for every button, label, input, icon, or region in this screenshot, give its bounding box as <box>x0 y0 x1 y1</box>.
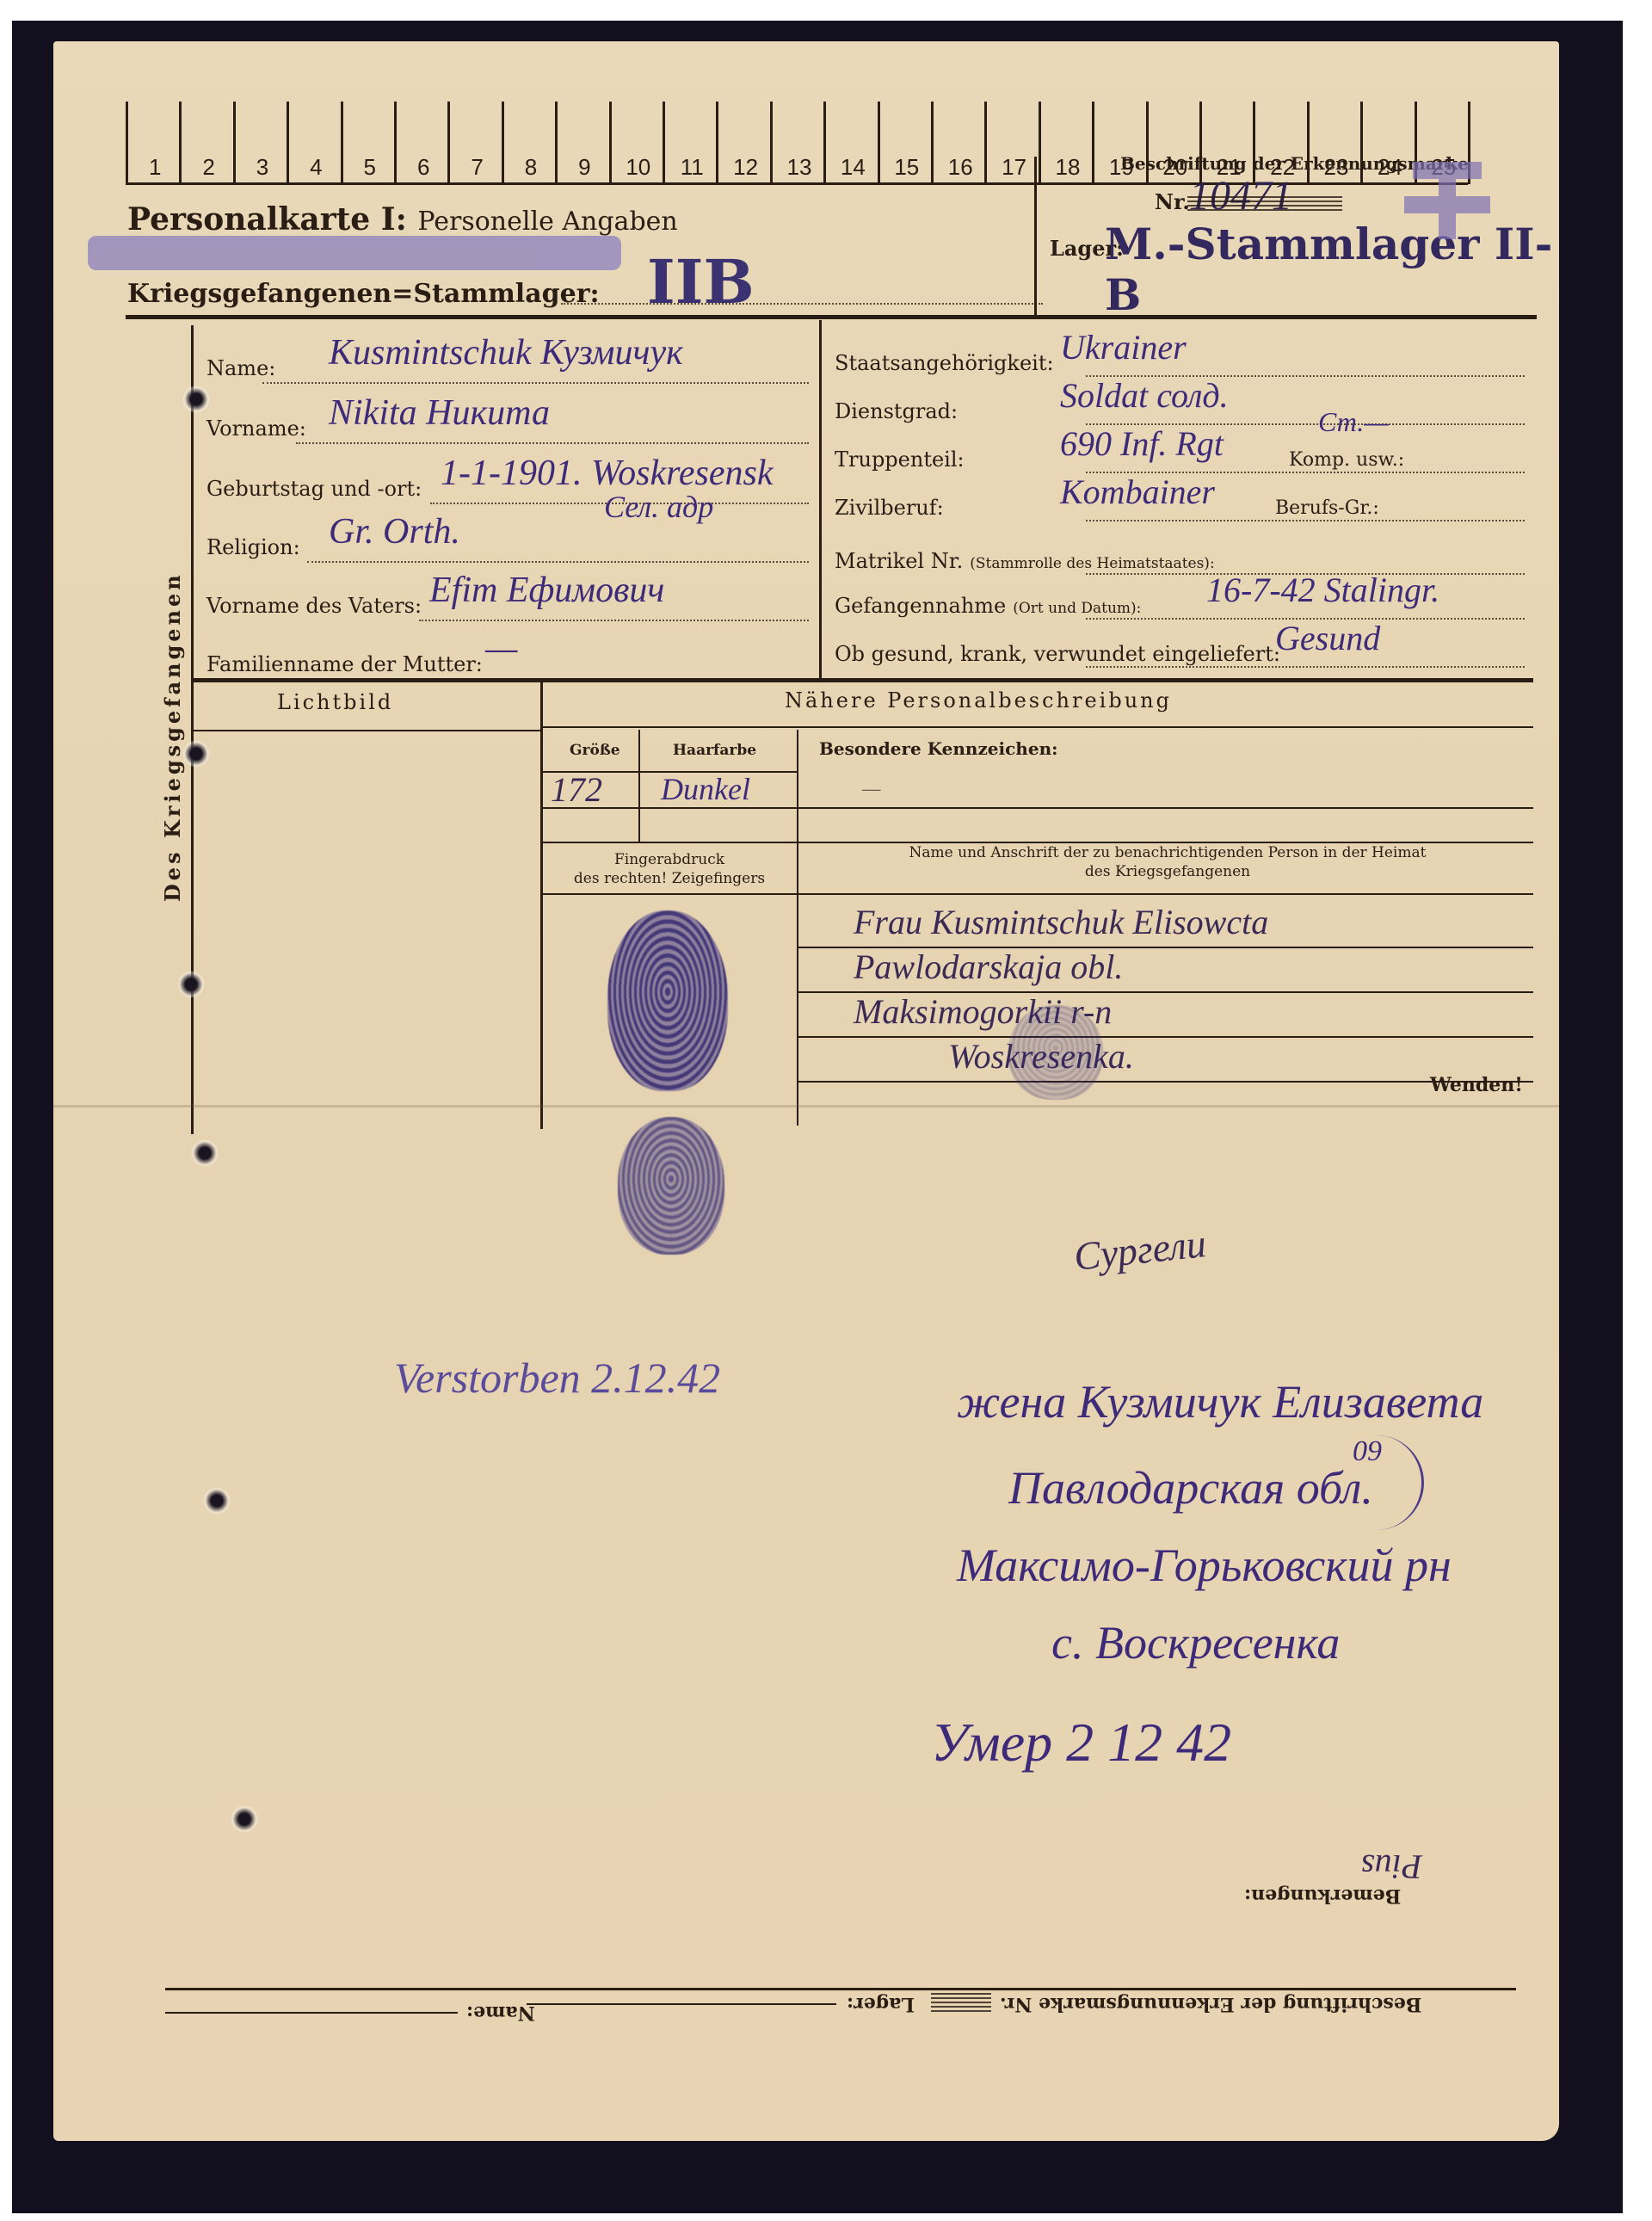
ruler-number: 4 <box>289 154 342 181</box>
turn-over-note: Wenden! <box>1430 1074 1523 1096</box>
ruler-number: 18 <box>1041 154 1094 181</box>
field-value: — <box>485 628 517 669</box>
field-value: Gesund <box>1275 618 1380 658</box>
ruler-number: 6 <box>397 154 450 181</box>
address-line: Максимо-Горьковский рн <box>957 1539 1452 1592</box>
field-label: Gefangennahme(Ort und Datum): <box>835 594 1141 618</box>
field-value: Soldat солд. <box>1060 375 1229 416</box>
header-rule <box>126 315 1537 319</box>
ruler-cell: 13 <box>770 102 826 184</box>
fingerprint-icon <box>607 910 728 1091</box>
ruler-cell: 4 <box>287 102 342 184</box>
ruler-number: 3 <box>236 154 289 181</box>
field-label: Vorname des Vaters: <box>206 594 422 618</box>
ruler-cell: 6 <box>394 102 450 184</box>
address-line: Павлодарская обл. <box>1008 1461 1373 1515</box>
address-line: с. Воскресенка <box>1051 1616 1340 1669</box>
contact-line: Frau Kusmintschuk Elisowcta <box>854 902 1268 942</box>
table-divider <box>638 730 640 842</box>
ruler-cell: 16 <box>931 102 987 184</box>
punch-hole-icon <box>203 1487 231 1515</box>
field-value: Kombainer <box>1060 472 1215 512</box>
footer-lager-line <box>527 2003 836 2005</box>
field-label: Matrikel Nr.(Stammrolle des Heimatstaate… <box>835 549 1215 573</box>
remarks-label: Bemerkungen: <box>1244 1885 1401 1907</box>
table-divider-2 <box>797 730 798 1126</box>
field-value: Efim Ефимович <box>429 570 664 611</box>
field-dotted-line <box>1086 520 1525 521</box>
field-label: Truppenteil: <box>835 447 965 472</box>
ruler-number: 14 <box>826 154 879 181</box>
field-extra-label: Berufs-Gr.: <box>1275 497 1379 519</box>
punch-hole-icon <box>231 1805 258 1833</box>
camp-label: Kriegsgefangenen=Stammlager: <box>127 279 600 309</box>
ruler-number: 8 <box>504 154 558 181</box>
ruler-cell: 15 <box>878 102 934 184</box>
hair-value: Dunkel <box>661 771 750 807</box>
header-divider <box>1034 157 1037 317</box>
field-label: Staatsangehörigkeit: <box>835 351 1054 375</box>
field-dotted-line <box>296 442 809 444</box>
fingerprint-label: Fingerabdruck des rechten! Zeigefingers <box>542 850 797 888</box>
personnel-card: 1234567891011121314151617181920212223242… <box>53 41 1559 2141</box>
field-value: 16-7-42 Stalingr. <box>1206 570 1439 610</box>
field-value-secondary: Сел. адр <box>604 489 713 525</box>
field-label-text: Zivilberuf: <box>835 496 944 520</box>
photo-label: Lichtbild <box>277 690 393 714</box>
field-label: Vorname: <box>206 416 306 441</box>
death-note: Умер 2 12 42 <box>931 1711 1231 1774</box>
field-value: Nikita Никита <box>329 392 550 434</box>
field-label: Familienname der Mutter: <box>206 652 483 676</box>
field-dotted-line <box>262 382 809 384</box>
field-label-text: Dienstgrad: <box>835 399 958 423</box>
fingerprint-smudge-icon <box>618 1117 724 1255</box>
signature-top: Сургели <box>1072 1220 1208 1280</box>
ruler-cell: 18 <box>1039 102 1094 184</box>
camp-dotted-line <box>561 303 1043 305</box>
ruler-cell: 8 <box>502 102 558 184</box>
contact-line: Pawlodarskaja obl. <box>854 947 1123 987</box>
ruler-cell: 5 <box>341 102 397 184</box>
field-extra-value: Ст.— <box>1318 406 1389 438</box>
punch-hole-icon <box>182 386 210 413</box>
ruler-cell: 9 <box>555 102 611 184</box>
field-label-text: Truppenteil: <box>835 447 965 472</box>
field-label: Religion: <box>206 535 300 559</box>
ruler-number: 17 <box>987 154 1040 181</box>
eagle-stamp-icon <box>1396 145 1499 256</box>
ruler-cell: 12 <box>716 102 772 184</box>
contact-label-2: des Kriegsgefangenen <box>802 862 1533 881</box>
field-value: Kusmintschuk Кузмичук <box>329 332 683 373</box>
field-label-text: Staatsangehörigkeit: <box>835 351 1054 375</box>
fingerprint-ghost-icon <box>1008 1005 1103 1100</box>
ruler-number: 10 <box>612 154 665 181</box>
ruler-cell: 1 <box>126 102 182 184</box>
contact-label-1: Name und Anschrift der zu benachrichtige… <box>802 843 1533 862</box>
ruler-number: 16 <box>934 154 987 181</box>
footer-signature: Pius <box>1361 1847 1422 1887</box>
field-dotted-line <box>419 620 809 621</box>
ruler-number: 12 <box>718 154 772 181</box>
verstorben-note: Verstorben 2.12.42 <box>394 1353 720 1403</box>
photo-rule <box>191 730 542 731</box>
footer-tag-label: Beschriftung der Erkennungsmarke Nr. <box>1000 1993 1421 2015</box>
tag-nr-label: Nr. <box>1155 189 1190 214</box>
field-label: Zivilberuf: <box>835 496 944 520</box>
footer-lager-label: Lager: <box>847 1993 915 2015</box>
marks-label: Besondere Kennzeichen: <box>819 738 1058 759</box>
field-label-text: Ob gesund, krank, verwundet eingeliefert… <box>835 642 1280 666</box>
field-value: 690 Inf. Rgt <box>1060 423 1224 464</box>
contact-label: Name und Anschrift der zu benachrichtige… <box>802 843 1533 881</box>
ruler-cell: 14 <box>823 102 879 184</box>
circled-note: 09 <box>1353 1435 1424 1530</box>
height-value: 172 <box>551 769 602 810</box>
ruler-number: 2 <box>182 154 235 181</box>
ruler-number: 5 <box>343 154 397 181</box>
ruler-number: 1 <box>128 154 182 181</box>
ruler-cell: 17 <box>984 102 1040 184</box>
card-title: Personalkarte I: Personelle Angaben <box>127 201 678 238</box>
ruler-number: 15 <box>880 154 934 181</box>
ruler-cell: 7 <box>447 102 503 184</box>
ruler-cell: 11 <box>663 102 718 184</box>
field-value: 1-1-1901. Woskresensk <box>441 453 774 494</box>
ruler-number: 11 <box>665 154 718 181</box>
field-dotted-line <box>1086 666 1525 668</box>
field-label-text: Gefangennahme <box>835 594 1006 618</box>
punch-hole-icon <box>191 1139 219 1167</box>
redacted-camp-stamp: Stalag II B Hammerstein <box>88 236 621 270</box>
field-extra-label: Komp. usw.: <box>1289 449 1404 471</box>
ruler-cell: 3 <box>233 102 289 184</box>
ruler-number: 7 <box>450 154 503 181</box>
field-value: Gr. Orth. <box>329 511 460 552</box>
description-rule <box>540 726 1533 728</box>
ruler-number: 13 <box>773 154 826 181</box>
ruler-cell: 10 <box>609 102 665 184</box>
height-label: Größe <box>570 742 620 759</box>
footer-tag-lines <box>931 1993 991 2014</box>
column-divider <box>819 320 822 682</box>
fingerprint-label-2: des rechten! Zeigefingers <box>542 869 797 888</box>
section-rule <box>191 678 1533 682</box>
ruler-number: 9 <box>558 154 611 181</box>
table-rule-4 <box>540 893 1533 895</box>
footer-name-label: Name: <box>466 2002 535 2024</box>
table-rule-2 <box>540 807 1533 809</box>
fingerprint-label-1: Fingerabdruck <box>542 850 797 869</box>
contact-rule <box>798 1081 1533 1083</box>
field-label: Geburtstag und -ort: <box>206 477 422 501</box>
tag-nr-lines <box>1187 196 1342 212</box>
card-title-text: Personalkarte I: <box>127 201 407 238</box>
camp-value-stamp: IIB <box>647 246 755 318</box>
side-label: Des Kriegsgefangenen <box>160 571 185 902</box>
field-sublabel: (Ort und Datum): <box>1013 600 1141 617</box>
punch-hole-icon <box>177 971 205 998</box>
punch-hole-icon <box>182 740 210 768</box>
footer-rule <box>165 1988 1516 1990</box>
hair-label: Haarfarbe <box>673 742 756 759</box>
field-label: Dienstgrad: <box>835 399 958 423</box>
address-line: жена Кузмичук Елизавета <box>957 1375 1483 1428</box>
field-label-text: Matrikel Nr. <box>835 549 963 573</box>
field-sublabel: (Stammrolle des Heimatstaates): <box>970 555 1214 572</box>
field-value: Ukrainer <box>1060 327 1187 367</box>
ruler-cell: 2 <box>179 102 235 184</box>
field-label: Name: <box>206 356 275 380</box>
description-title: Nähere Personalbeschreibung <box>785 688 1172 713</box>
footer-name-line <box>165 2012 458 2014</box>
contact-rule <box>798 1036 1533 1038</box>
field-dotted-line <box>307 561 809 563</box>
field-label: Ob gesund, krank, verwundet eingeliefert… <box>835 642 1280 666</box>
marks-value: — <box>862 778 880 801</box>
photo-divider <box>540 682 543 1129</box>
card-subtitle: Personelle Angaben <box>417 207 677 237</box>
